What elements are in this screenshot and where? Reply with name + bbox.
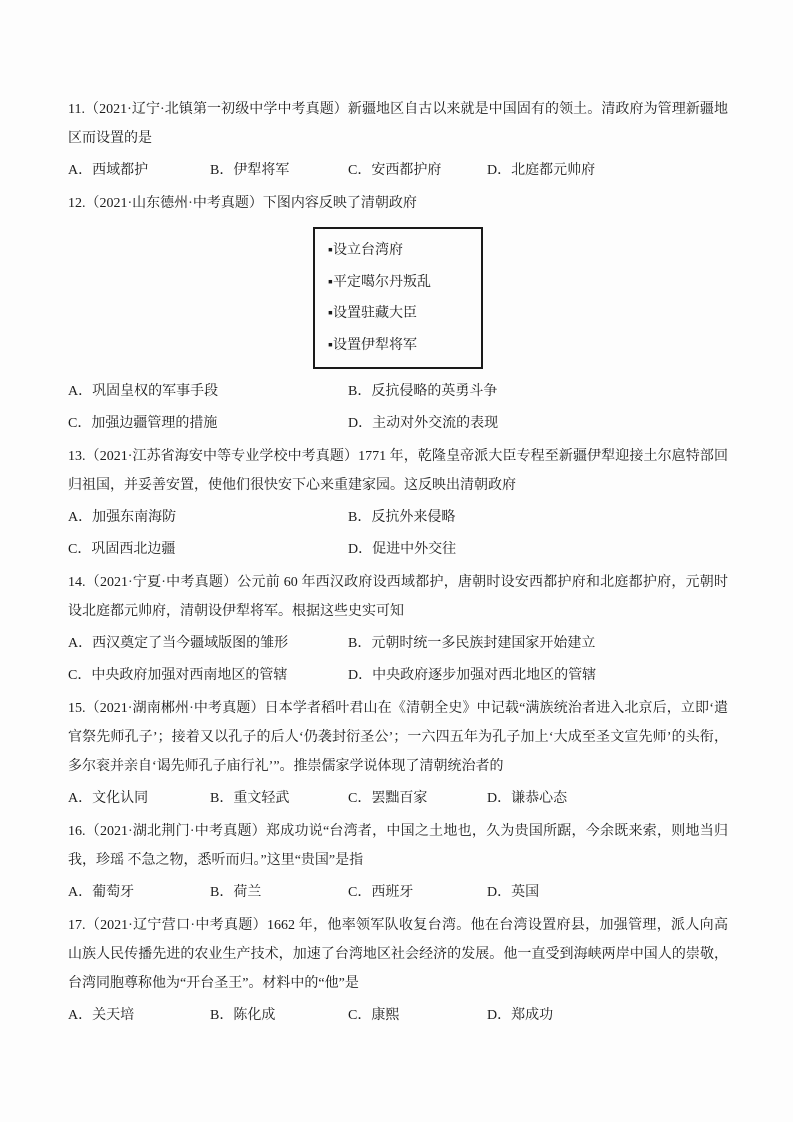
question-16-option-d: D．英国 xyxy=(487,878,539,907)
question-15: 15.（2021·湖南郴州·中考真题）日本学者稻叶君山在《清朝全史》中记载“满族… xyxy=(68,694,728,813)
question-13-text: 13.（2021·江苏省海安中等专业学校中考真题）1771 年，乾隆皇帝派大臣专… xyxy=(68,442,728,500)
question-17-option-a: A．关天培 xyxy=(68,1001,210,1030)
question-13-option-a: A．加强东南海防 xyxy=(68,503,348,532)
question-13-option-b: B．反抗外来侵略 xyxy=(348,503,455,532)
question-11-option-b: B．伊犁将军 xyxy=(210,156,348,185)
exam-document-page: 11.（2021·辽宁·北镇第一初级中学中考真题）新疆地区自古以来就是中国固有的… xyxy=(0,0,793,1122)
question-12-figure: ▪设立台湾府 ▪平定噶尔丹叛乱 ▪设置驻藏大臣 ▪设置伊犁将军 xyxy=(313,227,483,369)
question-14-option-c: C．中央政府加强对西南地区的管辖 xyxy=(68,661,348,690)
question-15-option-c: C．罢黜百家 xyxy=(348,784,487,813)
question-16-text: 16.（2021·湖北荆门·中考真题）郑成功说“台湾者，中国之土地也，久为贵国所… xyxy=(68,817,728,875)
figure-item-3: ▪设置驻藏大臣 xyxy=(328,298,477,330)
question-17-option-b: B．陈化成 xyxy=(210,1001,348,1030)
figure-item-2: ▪平定噶尔丹叛乱 xyxy=(328,267,477,299)
question-15-option-a: A．文化认同 xyxy=(68,784,210,813)
question-15-option-d: D．谦恭心态 xyxy=(487,784,567,813)
question-11-option-d: D．北庭都元帅府 xyxy=(487,156,595,185)
question-17-option-c: C．康熙 xyxy=(348,1001,487,1030)
question-12-option-c: C．加强边疆管理的措施 xyxy=(68,409,348,438)
question-16-option-a: A．葡萄牙 xyxy=(68,878,210,907)
question-13-option-d: D．促进中外交往 xyxy=(348,535,456,564)
question-16-option-b: B．荷兰 xyxy=(210,878,348,907)
question-13-options-row-2: C．巩固西北边疆 D．促进中外交往 xyxy=(68,535,728,564)
figure-item-1: ▪设立台湾府 xyxy=(328,235,477,267)
question-14: 14.（2021·宁夏·中考真题）公元前 60 年西汉政府设西域都护，唐朝时设安… xyxy=(68,568,728,690)
question-13-options-row-1: A．加强东南海防 B．反抗外来侵略 xyxy=(68,503,728,532)
question-14-text: 14.（2021·宁夏·中考真题）公元前 60 年西汉政府设西域都护，唐朝时设安… xyxy=(68,568,728,626)
question-13: 13.（2021·江苏省海安中等专业学校中考真题）1771 年，乾隆皇帝派大臣专… xyxy=(68,442,728,564)
question-15-option-b: B．重文轻武 xyxy=(210,784,348,813)
question-17-text: 17.（2021·辽宁营口·中考真题）1662 年，他率领军队收复台湾。他在台湾… xyxy=(68,911,728,998)
question-16: 16.（2021·湖北荆门·中考真题）郑成功说“台湾者，中国之土地也，久为贵国所… xyxy=(68,817,728,907)
question-11: 11.（2021·辽宁·北镇第一初级中学中考真题）新疆地区自古以来就是中国固有的… xyxy=(68,95,728,185)
question-13-option-c: C．巩固西北边疆 xyxy=(68,535,348,564)
questions-list: 11.（2021·辽宁·北镇第一初级中学中考真题）新疆地区自古以来就是中国固有的… xyxy=(68,95,728,1030)
question-14-options-row-1: A．西汉奠定了当今疆域版图的雏形 B．元朝时统一多民族封建国家开始建立 xyxy=(68,629,728,658)
question-15-text: 15.（2021·湖南郴州·中考真题）日本学者稻叶君山在《清朝全史》中记载“满族… xyxy=(68,694,728,781)
question-15-options: A．文化认同 B．重文轻武 C．罢黜百家 D．谦恭心态 xyxy=(68,784,728,813)
figure-item-4: ▪设置伊犁将军 xyxy=(328,330,477,362)
question-17: 17.（2021·辽宁营口·中考真题）1662 年，他率领军队收复台湾。他在台湾… xyxy=(68,911,728,1030)
question-14-option-a: A．西汉奠定了当今疆域版图的雏形 xyxy=(68,629,348,658)
question-12: 12.（2021·山东德州·中考真题）下图内容反映了清朝政府 ▪设立台湾府 ▪平… xyxy=(68,189,728,438)
question-16-options: A．葡萄牙 B．荷兰 C．西班牙 D．英国 xyxy=(68,878,728,907)
question-17-option-d: D．郑成功 xyxy=(487,1001,553,1030)
question-12-text: 12.（2021·山东德州·中考真题）下图内容反映了清朝政府 xyxy=(68,189,728,218)
question-11-option-a: A．西域都护 xyxy=(68,156,210,185)
question-11-text: 11.（2021·辽宁·北镇第一初级中学中考真题）新疆地区自古以来就是中国固有的… xyxy=(68,95,728,153)
question-11-option-c: C．安西都护府 xyxy=(348,156,487,185)
question-12-options-row-1: A．巩固皇权的军事手段 B．反抗侵略的英勇斗争 xyxy=(68,377,728,406)
question-14-option-d: D．中央政府逐步加强对西北地区的管辖 xyxy=(348,661,596,690)
question-14-option-b: B．元朝时统一多民族封建国家开始建立 xyxy=(348,629,595,658)
question-12-option-d: D．主动对外交流的表现 xyxy=(348,409,498,438)
question-14-options-row-2: C．中央政府加强对西南地区的管辖 D．中央政府逐步加强对西北地区的管辖 xyxy=(68,661,728,690)
question-12-option-b: B．反抗侵略的英勇斗争 xyxy=(348,377,497,406)
question-17-options: A．关天培 B．陈化成 C．康熙 D．郑成功 xyxy=(68,1001,728,1030)
question-16-option-c: C．西班牙 xyxy=(348,878,487,907)
question-12-options-row-2: C．加强边疆管理的措施 D．主动对外交流的表现 xyxy=(68,409,728,438)
question-12-option-a: A．巩固皇权的军事手段 xyxy=(68,377,348,406)
question-11-options: A．西域都护 B．伊犁将军 C．安西都护府 D．北庭都元帅府 xyxy=(68,156,728,185)
